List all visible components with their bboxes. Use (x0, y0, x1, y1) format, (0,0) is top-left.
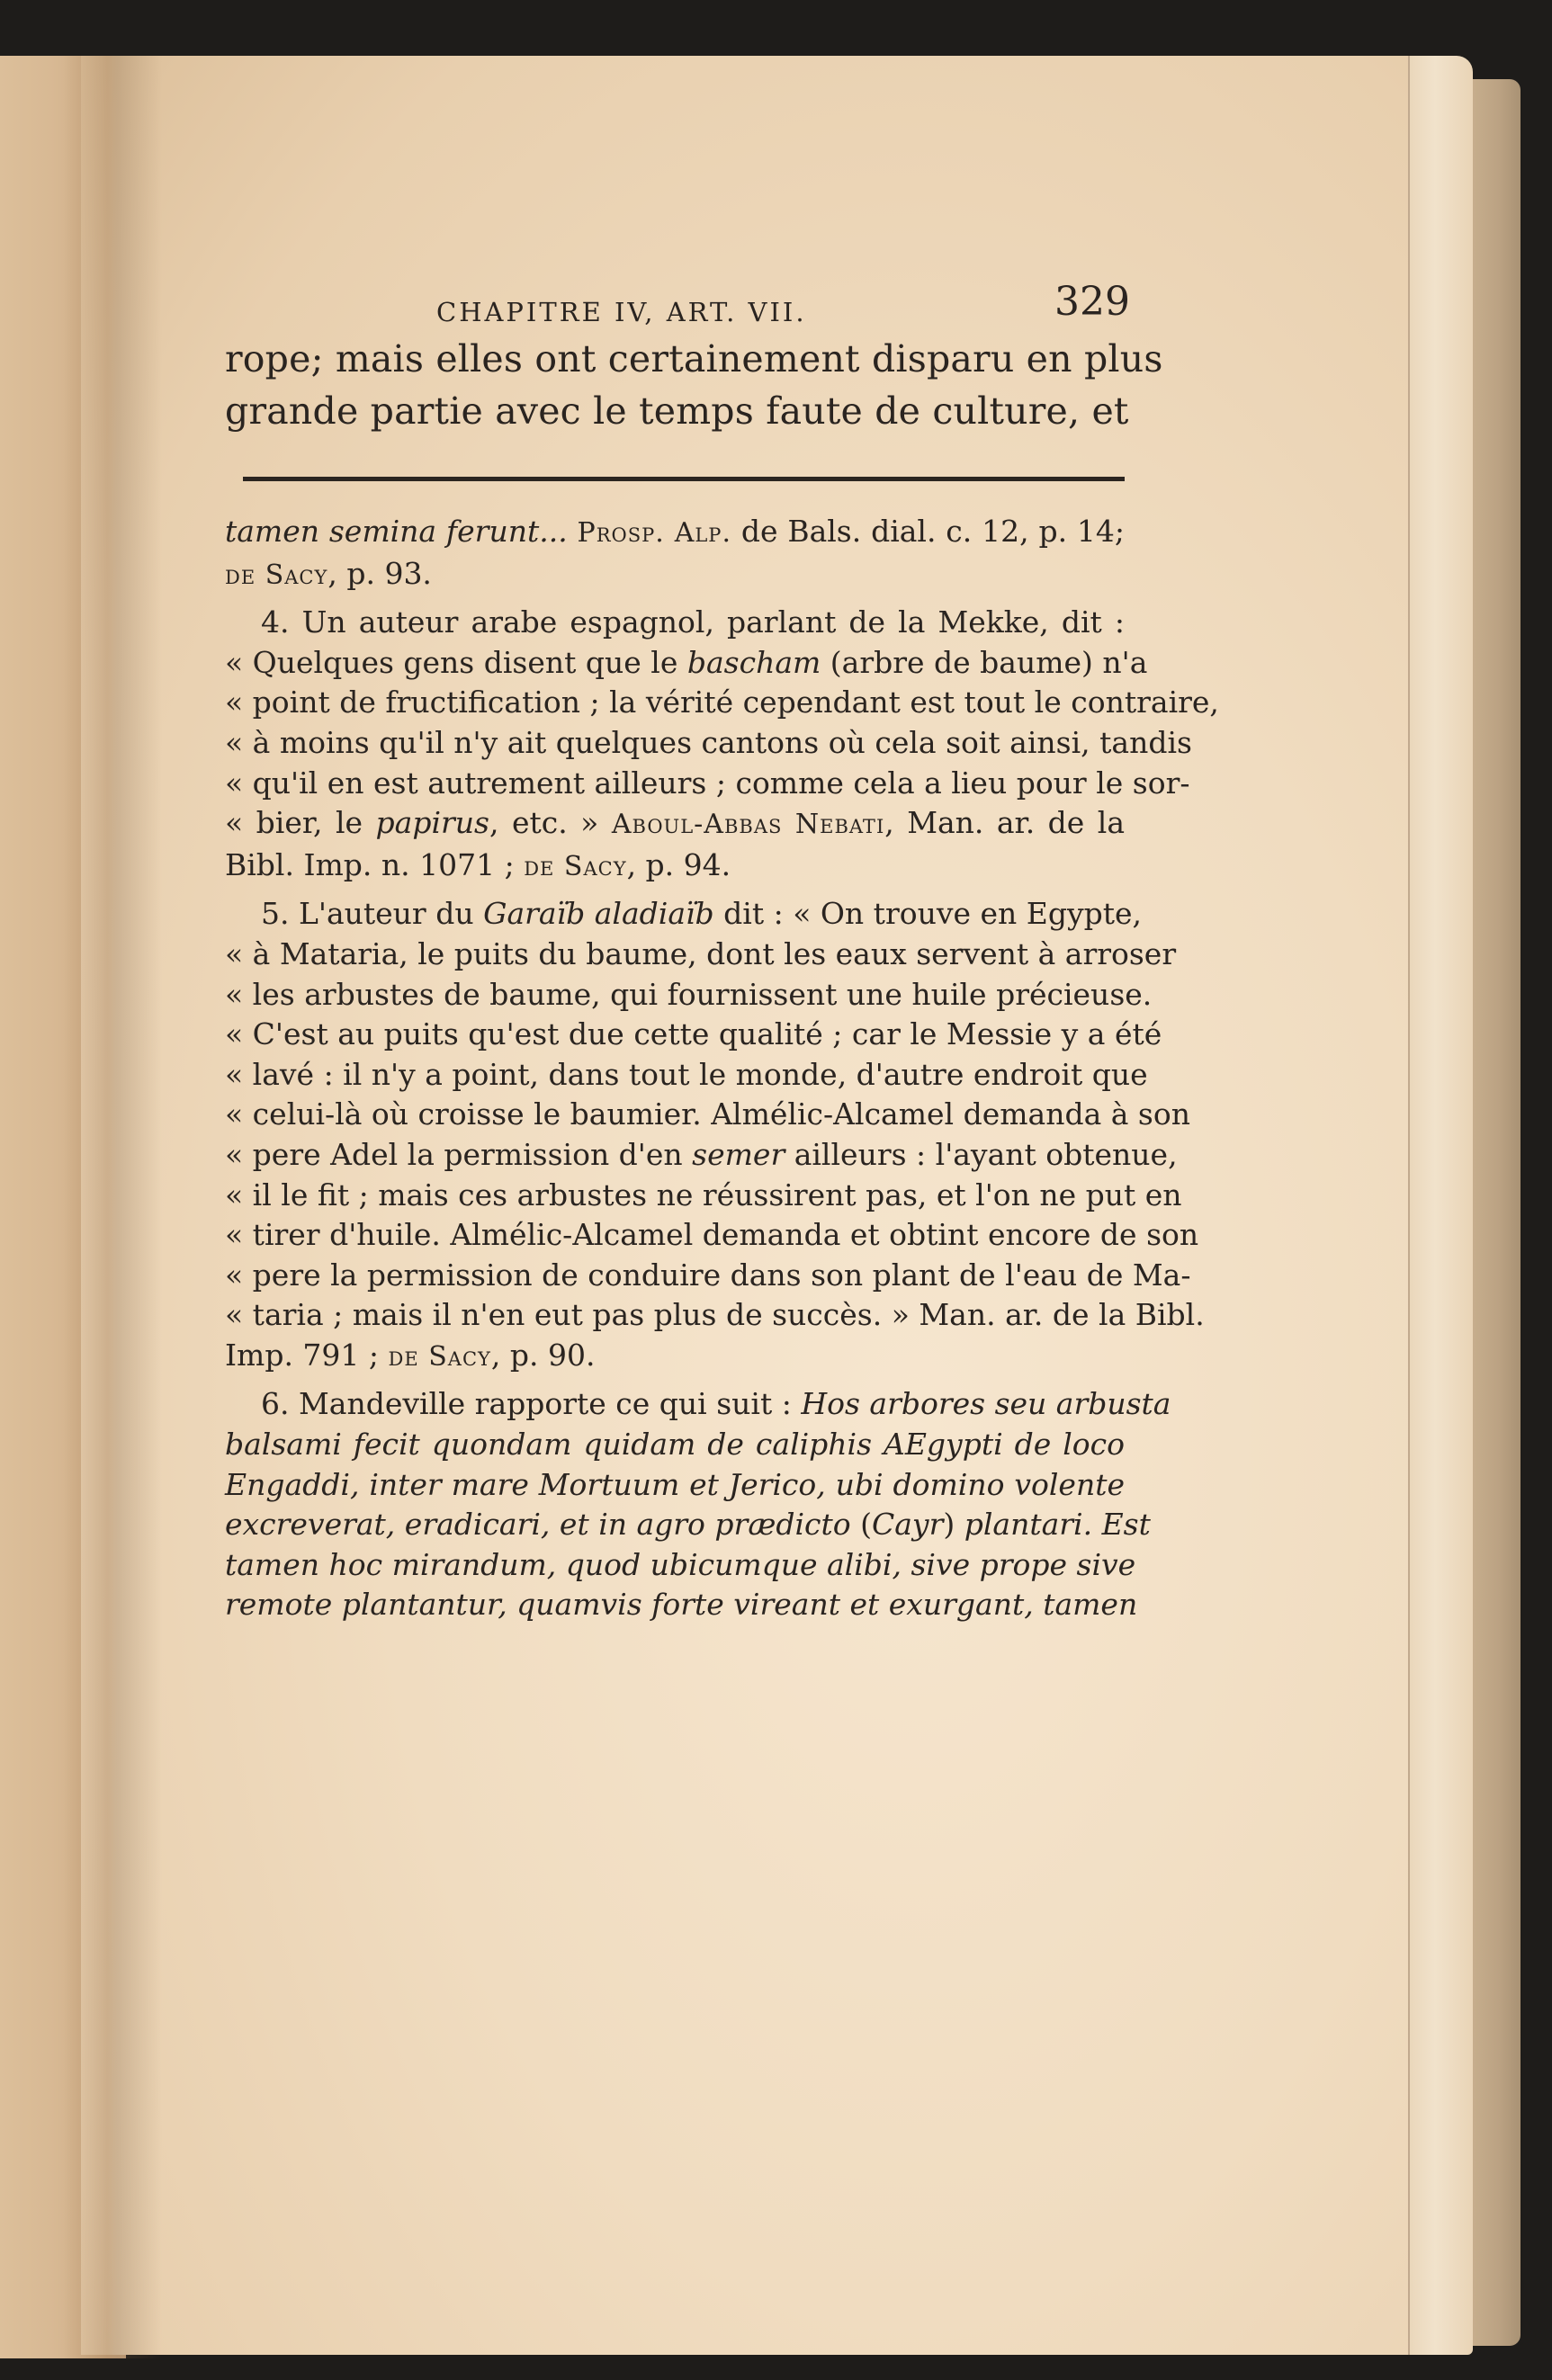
text-run: « bier, le (225, 805, 376, 840)
text-run: « pere Adel la permission d'en (225, 1137, 692, 1172)
page-number: 329 (1054, 279, 1130, 325)
footnote-line: « bier, le papirus, etc. » Aboul-Abbas N… (225, 803, 1125, 846)
footnote-gap (225, 887, 1125, 894)
footnote-separator-rule (243, 477, 1125, 481)
footnotes: tamen semina ferunt... Prosp. Alp. de Ba… (225, 512, 1125, 1625)
running-head: CHAPITRE IV, ART. VII. 329 (225, 279, 1125, 333)
small-caps-text: Aboul-Abbas Nebati (612, 809, 884, 840)
footnote-line: 5. L'auteur du Garaïb aladiaïb dit : « O… (225, 894, 1125, 935)
text-run: « C'est au puits qu'est due cette qualit… (225, 1016, 1162, 1051)
footnote-line: excreverat, eradicari, et in agro prædic… (225, 1505, 1125, 1545)
italic-text: excreverat, eradicari, et in agro prædic… (225, 1507, 860, 1542)
text-run: 5. L'auteur du (261, 896, 483, 931)
footnote-line: Bibl. Imp. n. 1071 ; de Sacy, p. 94. (225, 846, 1125, 888)
text-run: dit : « On trouve en Egypte, (714, 896, 1142, 931)
back-leaf-edge (1467, 79, 1521, 2346)
footnote-line: « pere Adel la permission d'en semer ail… (225, 1135, 1125, 1176)
gutter-fold (63, 56, 162, 2358)
text-run: de Bals. dial. c. 12, p. 14; (731, 514, 1125, 549)
italic-text: balsami fecit quondam quidam de caliphis… (225, 1427, 1125, 1462)
running-head-title: CHAPITRE IV, ART. VII. (436, 297, 807, 327)
italic-text: plantari. Est (964, 1507, 1151, 1542)
text-run: , p. 93. (327, 556, 432, 591)
text-run: « lavé : il n'y a point, dans tout le mo… (225, 1057, 1148, 1092)
italic-text: semer (692, 1137, 785, 1172)
footnote-continuation: tamen semina ferunt... Prosp. Alp. de Ba… (225, 512, 1125, 595)
footnote-line: « pere la permission de conduire dans so… (225, 1256, 1125, 1296)
italic-text: Engaddi, inter mare Mortuum et Jerico, u… (225, 1467, 1125, 1502)
footnote-line: balsami fecit quondam quidam de caliphis… (225, 1425, 1125, 1465)
text-run: « les arbustes de baume, qui fournissent… (225, 977, 1152, 1012)
footnote-line: 6. Mandeville rapporte ce qui suit : Hos… (225, 1384, 1125, 1425)
text-run: « point de fructification ; la vérité ce… (225, 684, 1219, 720)
text-run: (arbre de baume) n'a (821, 645, 1147, 680)
text-run: 4. Un auteur arabe espagnol, parlant de … (261, 604, 1125, 640)
text-run (568, 514, 578, 549)
text-run: 6. Mandeville rapporte ce qui suit : (261, 1386, 801, 1421)
small-caps-text: de Sacy (389, 1341, 491, 1373)
footnote-6: 6. Mandeville rapporte ce qui suit : Hos… (225, 1384, 1125, 1625)
footnote-line: remote plantantur, quamvis forte vireant… (225, 1585, 1125, 1625)
footnote-line: de Sacy, p. 93. (225, 554, 1125, 596)
body-text-line: grande partie avec le temps faute de cul… (225, 385, 1125, 437)
footnote-5: 5. L'auteur du Garaïb aladiaïb dit : « O… (225, 894, 1125, 1377)
footnote-line: « point de fructification ; la vérité ce… (225, 683, 1125, 723)
footnote-line: 4. Un auteur arabe espagnol, parlant de … (225, 603, 1125, 643)
footnote-line: « taria ; mais il n'en eut pas plus de s… (225, 1295, 1125, 1336)
italic-text: bascham (687, 645, 821, 680)
body-text-line: rope; mais elles ont certainement dispar… (225, 333, 1125, 385)
text-run: « à moins qu'il n'y ait quelques cantons… (225, 725, 1192, 760)
text-run: , Man. ar. de la (884, 805, 1125, 840)
italic-text: Cayr (872, 1507, 943, 1542)
text-run: ailleurs : l'ayant obtenue, (785, 1137, 1177, 1172)
footnote-line: « à Mataria, le puits du baume, dont les… (225, 935, 1125, 975)
footnote-line: Imp. 791 ; de Sacy, p. 90. (225, 1336, 1125, 1378)
italic-text: papirus (376, 805, 489, 840)
footnote-line: « C'est au puits qu'est due cette qualit… (225, 1015, 1125, 1055)
text-run: , p. 90. (491, 1338, 596, 1373)
footnote-line: tamen semina ferunt... Prosp. Alp. de Ba… (225, 512, 1125, 554)
footnote-gap (225, 1377, 1125, 1384)
footnote-line: tamen hoc mirandum, quod ubicumque alibi… (225, 1545, 1125, 1586)
text-run: « taria ; mais il n'en eut pas plus de s… (225, 1297, 1205, 1332)
small-caps-text: Prosp. Alp. (578, 517, 731, 549)
footnote-line: « les arbustes de baume, qui fournissent… (225, 975, 1125, 1016)
text-run: « pere la permission de conduire dans so… (225, 1257, 1190, 1293)
text-run: ) (943, 1507, 964, 1542)
page-fore-edge (1408, 56, 1473, 2355)
text-run: « Quelques gens disent que le (225, 645, 687, 680)
footnote-line: Engaddi, inter mare Mortuum et Jerico, u… (225, 1465, 1125, 1506)
text-run: « il le fit ; mais ces arbustes ne réuss… (225, 1177, 1182, 1212)
footnote-line: « qu'il en est autrement ailleurs ; comm… (225, 764, 1125, 804)
footnote-gap (225, 595, 1125, 603)
small-caps-text: de Sacy (524, 851, 626, 882)
small-caps-text: de Sacy (225, 559, 327, 591)
footnote-4: 4. Un auteur arabe espagnol, parlant de … (225, 603, 1125, 887)
text-run: Imp. 791 ; (225, 1338, 389, 1373)
text-run: « tirer d'huile. Almélic-Alcamel demanda… (225, 1217, 1198, 1252)
footnote-line: « lavé : il n'y a point, dans tout le mo… (225, 1055, 1125, 1096)
footnote-line: « tirer d'huile. Almélic-Alcamel demanda… (225, 1215, 1125, 1256)
text-block: CHAPITRE IV, ART. VII. 329 rope; mais el… (225, 279, 1125, 1625)
italic-text: Hos arbores seu arbusta (801, 1386, 1171, 1421)
text-run: Bibl. Imp. n. 1071 ; (225, 847, 524, 882)
footnote-line: « Quelques gens disent que le bascham (a… (225, 643, 1125, 684)
footnote-line: « celui-là où croisse le baumier. Alméli… (225, 1095, 1125, 1135)
footnote-line: « à moins qu'il n'y ait quelques cantons… (225, 723, 1125, 764)
italic-text: tamen hoc mirandum, quod ubicumque alibi… (225, 1547, 1135, 1582)
text-run: « qu'il en est autrement ailleurs ; comm… (225, 765, 1190, 801)
text-run: ( (860, 1507, 872, 1542)
book-scan: CHAPITRE IV, ART. VII. 329 rope; mais el… (0, 0, 1552, 2380)
text-run: « celui-là où croisse le baumier. Alméli… (225, 1096, 1190, 1132)
text-run: « à Mataria, le puits du baume, dont les… (225, 936, 1176, 971)
italic-text: tamen semina ferunt... (225, 514, 568, 549)
italic-text: Garaïb aladiaïb (483, 896, 714, 931)
text-run: , etc. » (489, 805, 612, 840)
footnote-line: « il le fit ; mais ces arbustes ne réuss… (225, 1176, 1125, 1216)
italic-text: remote plantantur, quamvis forte vireant… (225, 1587, 1137, 1622)
text-run: , p. 94. (627, 847, 731, 882)
